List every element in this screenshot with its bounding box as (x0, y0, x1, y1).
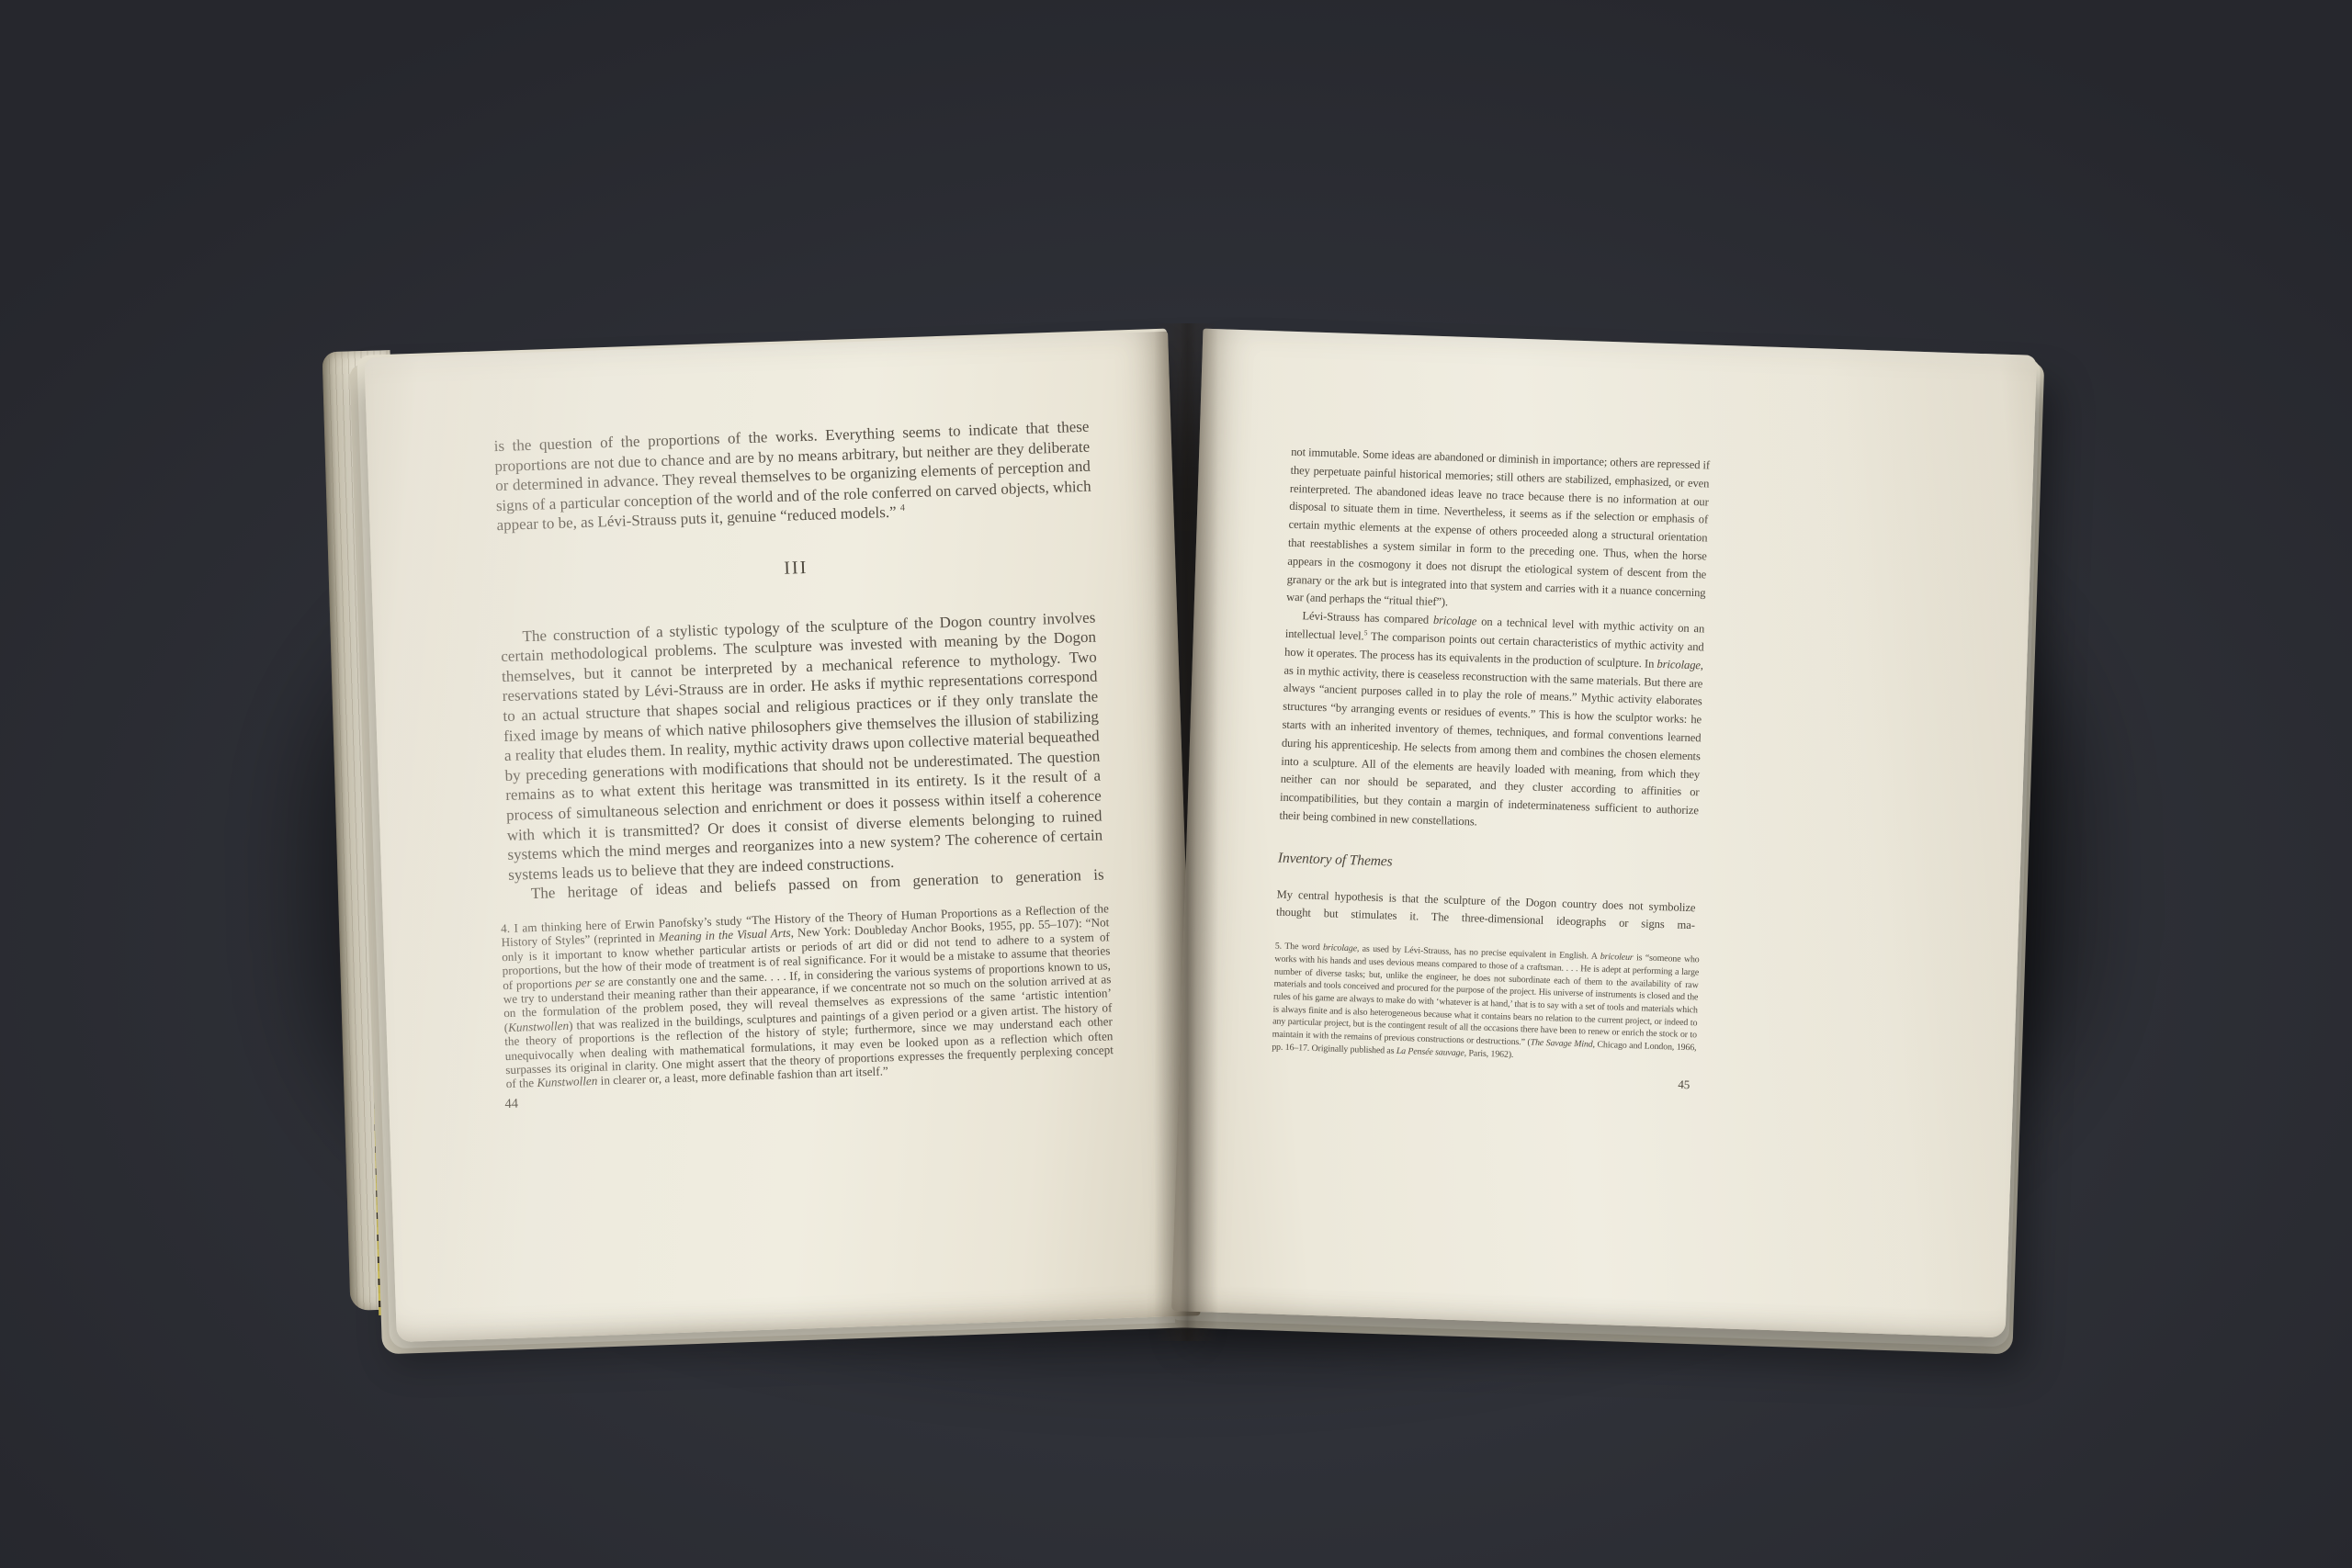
photo-backdrop: is the question of the proportions of th… (0, 0, 2352, 1568)
left-page-text: is the question of the proportions of th… (493, 417, 1111, 1114)
right-paragraph-3: My central hypothesis is that the sculpt… (1276, 886, 1696, 935)
right-page-text: not immutable. Some ideas are abandoned … (1271, 444, 1710, 1095)
page-number-right: 45 (1271, 1063, 1690, 1095)
subheading-inventory-of-themes: Inventory of Themes (1278, 849, 1697, 881)
book-gutter-shadow (1154, 323, 1218, 1341)
left-intro-paragraph: is the question of the proportions of th… (493, 417, 1091, 536)
right-paragraph-2: Lévi-Strauss has compared bricolage on a… (1279, 607, 1704, 839)
footnote-4: 4. I am thinking here of Erwin Panofsky’… (501, 901, 1114, 1091)
right-paragraph-1: not immutable. Some ideas are abandoned … (1286, 444, 1711, 621)
footnote-5: 5. The word bricolage, as used by Lévi-S… (1272, 941, 1700, 1067)
section-heading: III (498, 549, 1093, 589)
left-page: is the question of the proportions of th… (364, 332, 1200, 1342)
left-body-paragraph: The construction of a stylistic typology… (500, 607, 1103, 885)
right-page: not immutable. Some ideas are abandoned … (1171, 329, 2037, 1338)
